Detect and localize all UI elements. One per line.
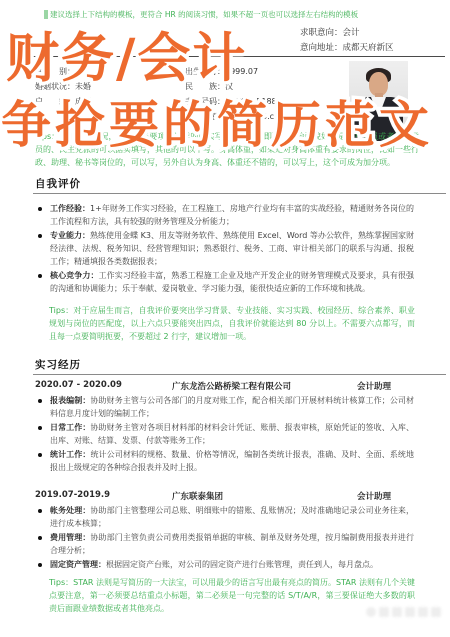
entry-company: 广东联泰集团 — [172, 490, 357, 502]
bullet-dot-icon — [38, 399, 42, 403]
self-evaluation-list: 工作经验：1+年财务工作实习经验，在工程施工、房地产行业均有丰富的实战经验，精通… — [38, 202, 414, 296]
bullet-text: 协助部门主管整理公司总账、明细账中的错账、乱账情况；及时准确地记录公司业务往来，… — [50, 506, 414, 528]
list-item: 固定资产管理：根据固定资产台账，对公司的固定资产进行台账管理，责任到人，每月盘点… — [38, 558, 414, 571]
bullet-text: 协助财务主管与公司各部门的月度对账工作，配合相关部门开展材料统计核算工作；公司材… — [50, 396, 414, 418]
bullet-text: 根据固定资产台账，对公司的固定资产进行台账管理，责任到人，每月盘点。 — [106, 560, 378, 569]
section-divider — [33, 193, 446, 194]
overlay-headline-2: 争抢要的简历范文 争抢要的简历范文 — [1, 85, 433, 157]
experience-entry-header: 2020.07 - 2020.09 广东龙浩公路桥梁工程有限公司 会计助理 — [35, 380, 395, 392]
self-evaluation-title: 自我评价 — [35, 176, 81, 191]
address-value: 成都天府新区 — [343, 43, 394, 53]
list-item: 统计工作：统计公司材料的规格、数量、价格等情况，编制各类统计报表，准确、及时、全… — [38, 448, 414, 474]
overlay-headline-1-text: 财务/会计 — [6, 28, 247, 89]
bullet-dot-icon — [38, 509, 42, 513]
entry-period: 2020.07 - 2020.09 — [35, 380, 172, 392]
bullet-text: 熟练使用金蝶 K3、用友等财务软件、熟练使用 Excel、Word 等办公软件，… — [50, 231, 414, 266]
entry-role: 会计助理 — [357, 490, 395, 502]
job-intention-row: 求职意向：会计 — [300, 26, 394, 41]
star-rule-tips: Tips：STAR 法则是写简历的一大法宝，可以用最少的语言写出最有亮点的简历。… — [49, 576, 415, 616]
job-intention-block: 求职意向：会计 意向地址：成都天府新区 — [300, 26, 394, 56]
overlay-headline-1: 财务/会计 财务/会计 — [6, 16, 247, 92]
bullet-dot-icon — [38, 563, 42, 567]
list-item: 费用管理：协助部门主管负责公司费用类报销单据的审核、制单及财务处理，按月编制费用… — [38, 531, 414, 557]
bullet-lead: 核心竞争力： — [50, 271, 99, 280]
watermark-paw-icon — [366, 607, 376, 617]
section-divider — [33, 374, 446, 375]
bullet-dot-icon — [38, 274, 42, 278]
bullet-lead: 报表编制： — [50, 396, 90, 405]
intended-address-row: 意向地址：成都天府新区 — [300, 41, 394, 56]
bullet-text: 1+年财务工作实习经验，在工程施工、房地产行业均有丰富的实战经验，精通财务各岗位… — [50, 204, 414, 226]
list-item: 日常工作：协助财务主管对各项目材料部的材料会计凭证、账册、报表审核，原始凭证的签… — [38, 421, 414, 447]
bullet-text: 协助部门主管负责公司费用类报销单据的审核、制单及财务处理，按月编制费用报表并进行… — [50, 533, 414, 555]
experience-entry-header: 2019.07-2019.9 广东联泰集团 会计助理 — [35, 490, 395, 502]
bullet-dot-icon — [38, 234, 42, 238]
bullet-dot-icon — [38, 207, 42, 211]
intention-value: 会计 — [343, 28, 360, 38]
bullet-lead: 专业能力： — [50, 231, 90, 240]
address-label: 意向地址： — [300, 43, 343, 53]
list-item: 工作经验：1+年财务工作实习经验，在工程施工、房地产行业均有丰富的实战经验，精通… — [38, 202, 414, 228]
bullet-lead: 固定资产管理： — [50, 560, 106, 569]
entry-role: 会计助理 — [357, 380, 395, 392]
bullet-lead: 帐务处理： — [50, 506, 90, 515]
internship-title: 实习经历 — [35, 357, 81, 372]
bullet-lead: 工作经验： — [50, 204, 90, 213]
list-item: 专业能力：熟练使用金蝶 K3、用友等财务软件、熟练使用 Excel、Word 等… — [38, 229, 414, 269]
bullet-dot-icon — [38, 536, 42, 540]
watermark — [366, 607, 441, 617]
intention-label: 求职意向： — [300, 28, 343, 38]
bullet-lead: 统计工作： — [50, 450, 90, 459]
overlay-headline-2-text: 争抢要的简历范文 — [1, 96, 433, 154]
bullet-text: 工作实习经验丰富，熟悉工程施工企业及地产开发企业的财务管理模式及要求，具有很强的… — [50, 271, 414, 293]
list-item: 报表编制：协助财务主管与公司各部门的月度对账工作，配合相关部门开展材料统计核算工… — [38, 394, 414, 420]
entry-period: 2019.07-2019.9 — [35, 490, 172, 502]
list-item: 帐务处理：协助部门主管整理公司总账、明细账中的错账、乱账情况；及时准确地记录公司… — [38, 504, 414, 530]
bullet-text: 统计公司材料的规格、数量、价格等情况，编制各类统计报表，准确、及时、全面、系统地… — [50, 450, 414, 472]
bullet-text: 协助财务主管对各项目材料部的材料会计凭证、账册、报表审核，原始凭证的签收、入库、… — [50, 423, 414, 445]
list-item: 核心竞争力：工作实习经验丰富，熟悉工程施工企业及地产开发企业的财务管理模式及要求… — [38, 269, 414, 295]
bullet-dot-icon — [38, 426, 42, 430]
resume-page: { "colors": {"green": "#3cb052", "orange… — [0, 0, 450, 637]
bullet-lead: 日常工作： — [50, 423, 90, 432]
bullet-dot-icon — [38, 453, 42, 457]
entry-company: 广东龙浩公路桥梁工程有限公司 — [172, 380, 357, 392]
self-evaluation-tips: Tips：对于应届生而言，自我评价要突出学习背景、专业技能、实习实践、校园经历、… — [49, 304, 415, 344]
experience-entry-list: 帐务处理：协助部门主管整理公司总账、明细账中的错账、乱账情况；及时准确地记录公司… — [38, 504, 414, 572]
experience-entry-list: 报表编制：协助财务主管与公司各部门的月度对账工作，配合相关部门开展材料统计核算工… — [38, 394, 414, 475]
bullet-lead: 费用管理： — [50, 533, 90, 542]
